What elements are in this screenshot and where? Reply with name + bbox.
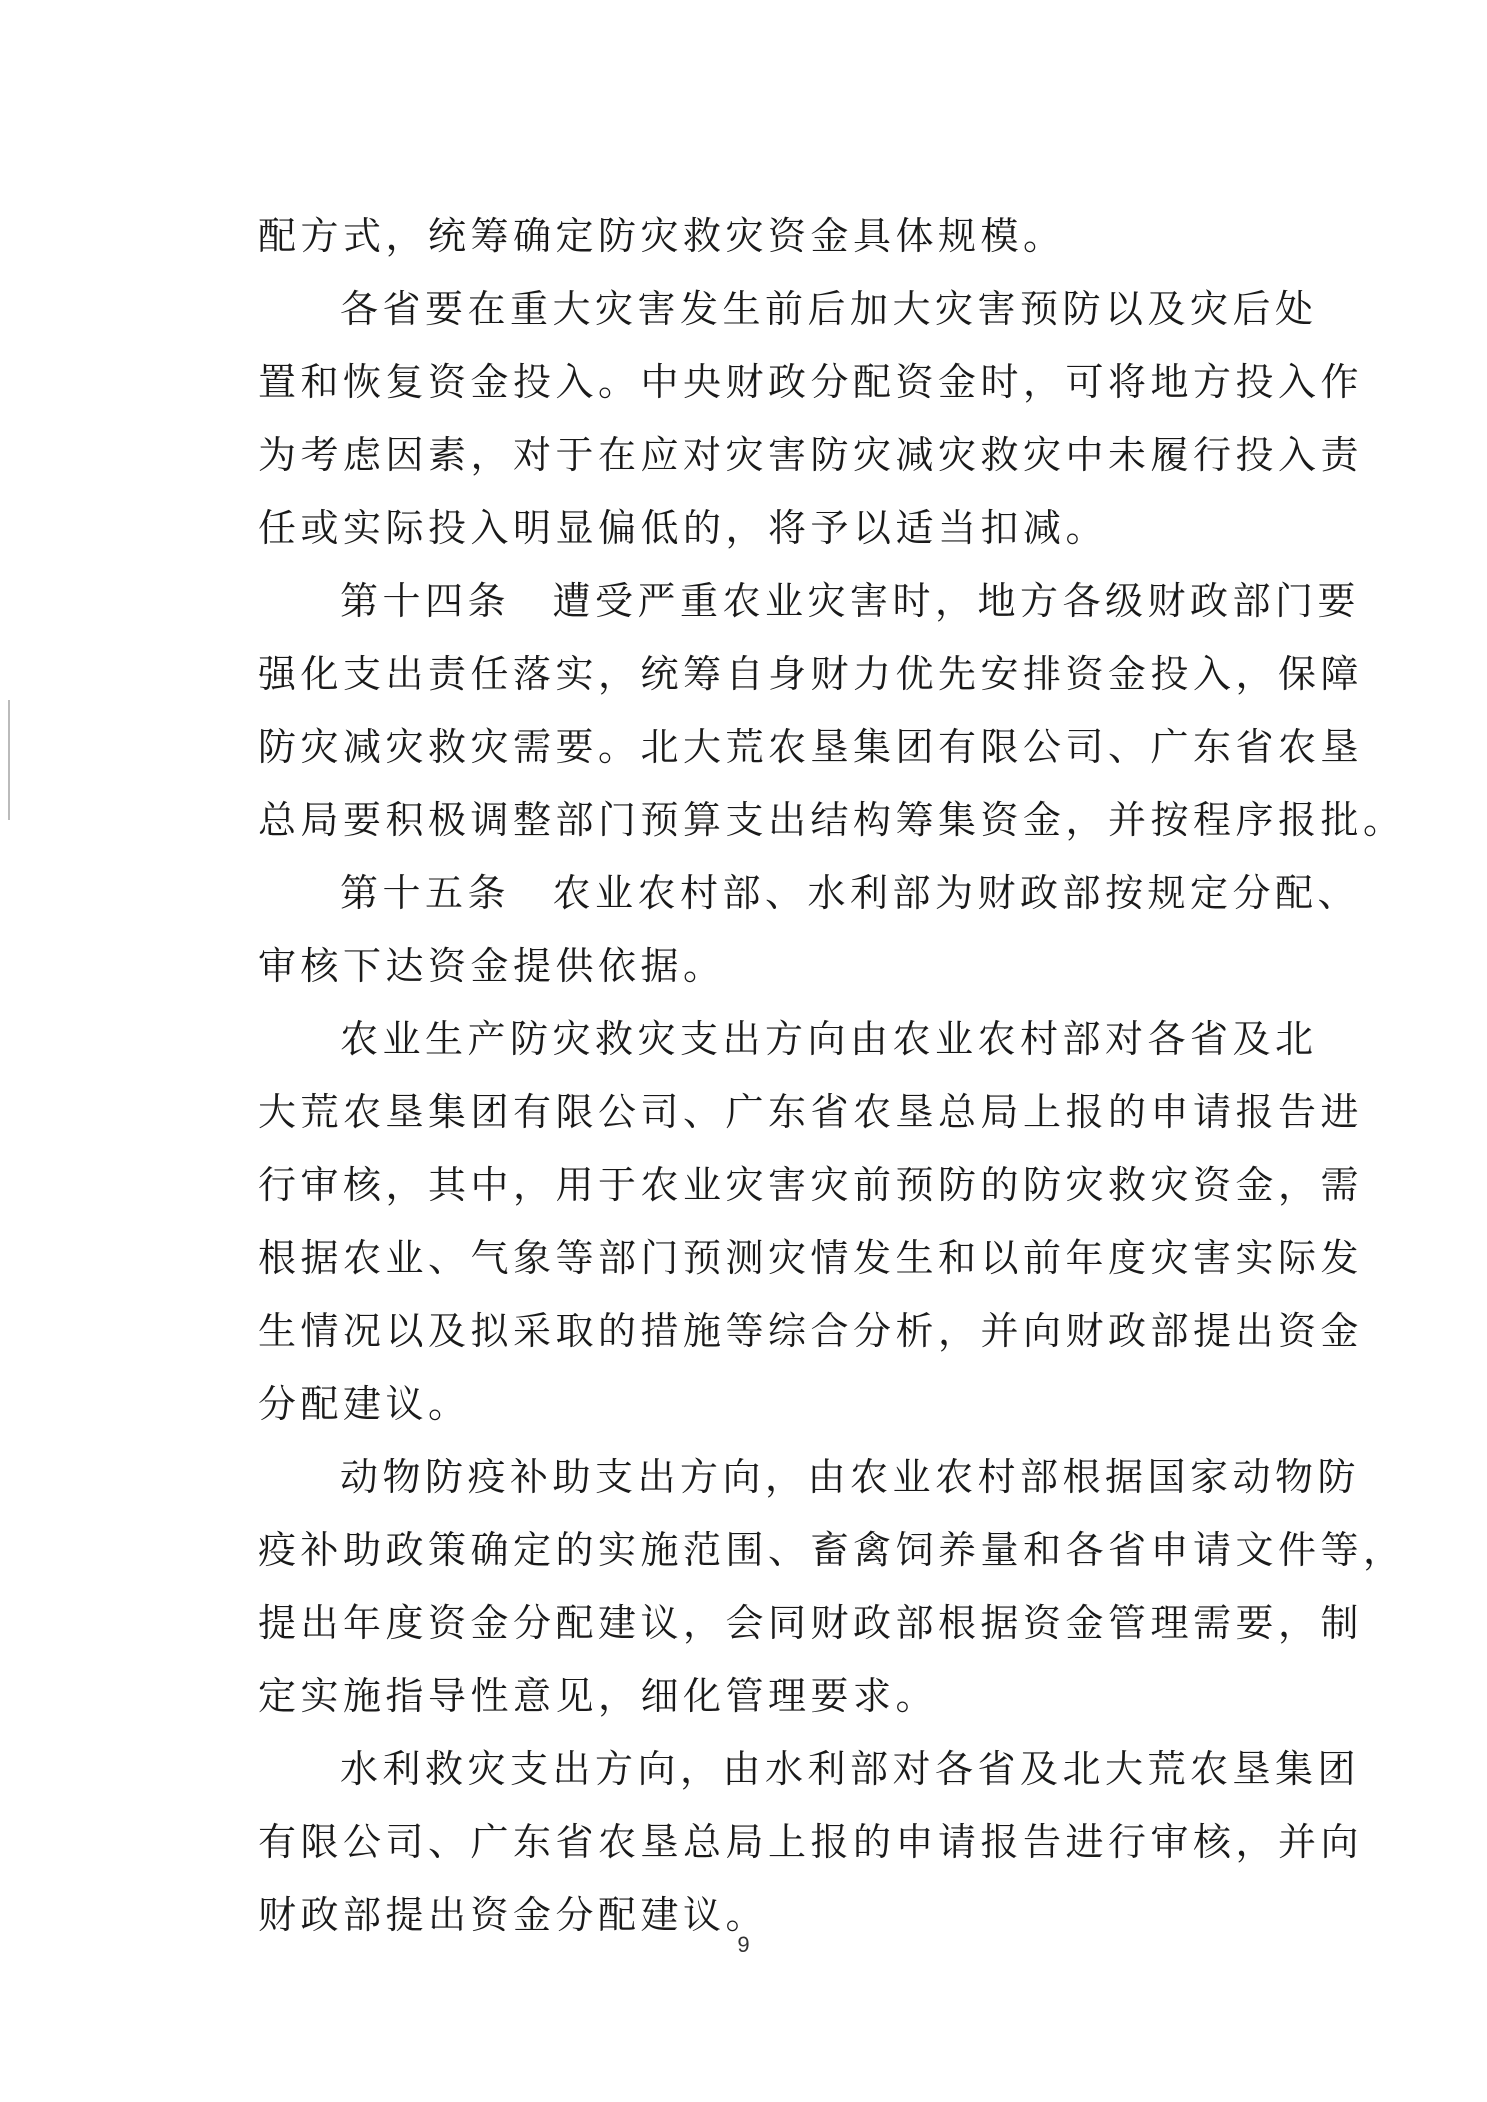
text-line: 动物防疫补助支出方向，由农业农村部根据国家动物防 [258,1441,1278,1514]
text-line: 定实施指导性意见，细化管理要求。 [258,1660,1278,1733]
text-line: 第十五条 农业农村部、水利部为财政部按规定分配、 [258,857,1278,930]
document-page: 配方式，统筹确定防灾救灾资金具体规模。各省要在重大灾害发生前后加大灾害预防以及灾… [0,0,1487,2102]
body-text: 配方式，统筹确定防灾救灾资金具体规模。各省要在重大灾害发生前后加大灾害预防以及灾… [258,200,1278,1952]
text-line: 提出年度资金分配建议，会同财政部根据资金管理需要，制 [258,1587,1278,1660]
text-line: 任或实际投入明显偏低的，将予以适当扣减。 [258,492,1278,565]
text-line: 置和恢复资金投入。中央财政分配资金时，可将地方投入作 [258,346,1278,419]
text-line: 生情况以及拟采取的措施等综合分析，并向财政部提出资金 [258,1295,1278,1368]
text-line: 为考虑因素，对于在应对灾害防灾减灾救灾中未履行投入责 [258,419,1278,492]
text-line: 配方式，统筹确定防灾救灾资金具体规模。 [258,200,1278,273]
text-line: 审核下达资金提供依据。 [258,930,1278,1003]
text-line: 根据农业、气象等部门预测灾情发生和以前年度灾害实际发 [258,1222,1278,1295]
page-number: 9 [0,1932,1487,1958]
text-line: 强化支出责任落实，统筹自身财力优先安排资金投入，保障 [258,638,1278,711]
text-line: 有限公司、广东省农垦总局上报的申请报告进行审核，并向 [258,1806,1278,1879]
text-line: 总局要积极调整部门预算支出结构筹集资金，并按程序报批。 [258,784,1278,857]
text-line: 水利救灾支出方向，由水利部对各省及北大荒农垦集团 [258,1733,1278,1806]
text-line: 大荒农垦集团有限公司、广东省农垦总局上报的申请报告进 [258,1076,1278,1149]
text-line: 防灾减灾救灾需要。北大荒农垦集团有限公司、广东省农垦 [258,711,1278,784]
text-line: 各省要在重大灾害发生前后加大灾害预防以及灾后处 [258,273,1278,346]
text-line: 行审核，其中，用于农业灾害灾前预防的防灾救灾资金，需 [258,1149,1278,1222]
text-line: 分配建议。 [258,1368,1278,1441]
text-line: 疫补助政策确定的实施范围、畜禽饲养量和各省申请文件等， [258,1514,1278,1587]
text-line: 农业生产防灾救灾支出方向由农业农村部对各省及北 [258,1003,1278,1076]
text-line: 第十四条 遭受严重农业灾害时，地方各级财政部门要 [258,565,1278,638]
scan-binding-mark [8,700,10,820]
